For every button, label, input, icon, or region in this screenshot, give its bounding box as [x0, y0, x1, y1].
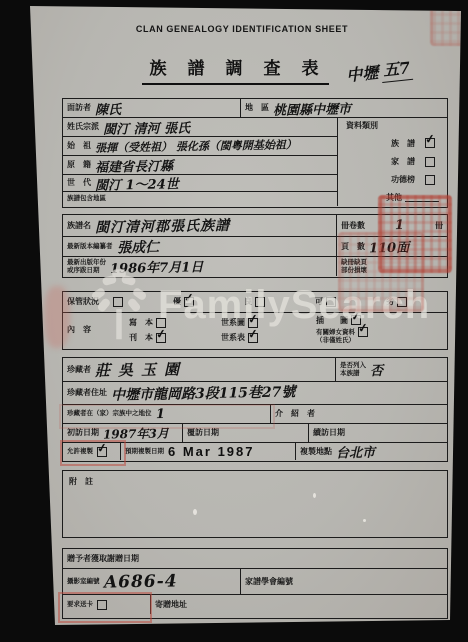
studio-number-cell: 攝影室編號 A686-4 [63, 569, 241, 594]
family-genealogy-checkbox [425, 157, 435, 167]
followup-visit-cell: 續訪日期 [309, 424, 447, 442]
pubdate-label-line2: 或序跋日期 [67, 267, 106, 274]
clan-label: 姓氏宗派 [67, 122, 99, 131]
red-outline-position-row [59, 404, 275, 429]
listed-label-line1: 是否列入 [340, 362, 366, 369]
content-lineage-table: 世系表 [221, 333, 316, 343]
scanned-form-paper: CLAN GENEALOGY IDENTIFICATION SHEET 族 譜 … [0, 0, 468, 642]
listed-value: 否 [370, 360, 383, 379]
content-illustrations: 插 圖 [316, 315, 443, 325]
origin-value: 福建省長汀縣 [95, 155, 173, 175]
generation-label: 世 代 [67, 178, 91, 187]
photo-speck [313, 493, 316, 498]
first-visit-label: 初訪日期 [67, 428, 99, 437]
content-label: 內 容 [67, 325, 129, 334]
collector-cell: 珍藏者 莊吳玉園 [63, 358, 336, 381]
corner-note-code: 五7 [380, 55, 414, 83]
followup-visit-label: 續訪日期 [313, 428, 345, 437]
region-label: 地 區 [245, 103, 269, 112]
society-number-cell: 家譜學會編號 [241, 569, 447, 594]
category-option-family-genealogy: 家 譜 [346, 157, 441, 167]
women-data-checkbox [358, 327, 368, 337]
ancestor-label: 始 祖 [67, 141, 91, 150]
generation-value: 閩汀 1～24世 [95, 173, 179, 193]
generation-cell: 世 代 閩汀 1～24世 [63, 175, 337, 192]
genealogy-name-label: 族譜名 [67, 221, 91, 230]
red-seal-stamp-faint [338, 232, 424, 312]
address-cell: 珍藏者住址 中壢市龍岡路3段115巷27號 [63, 382, 447, 404]
copy-date-label: 預期複製日期 [125, 448, 164, 455]
english-title: CLAN GENEALOGY IDENTIFICATION SHEET [30, 24, 454, 34]
red-outline-card-request [58, 592, 152, 623]
mailing-address-cell: 寄贈地址 [151, 595, 447, 614]
revisit-label: 覆訪日期 [187, 428, 219, 437]
content-women-data: 有關婦女資料 （非僅姓氏） [316, 327, 443, 344]
genealogy-name-cell: 族譜名 閩汀清河郡張氏族譜 [63, 215, 337, 236]
compiler-label: 最新版本編纂者 [67, 243, 113, 250]
excellent-checkbox [184, 297, 194, 307]
pubdate-label-line1: 最新出版年份 [67, 259, 106, 266]
condition-option-fair: 可 [315, 297, 336, 307]
genealogy-name-value: 閩汀清河郡張氏族譜 [95, 214, 230, 236]
condition-option-good: 良 [244, 297, 265, 307]
content-lineage-chart: 世系圖 [221, 318, 316, 328]
address-label: 珍藏者住址 [67, 388, 107, 397]
clan-cell: 姓氏宗派 閩汀 清河 張氏 [63, 118, 337, 137]
coverage-cell: 族譜包含地區 [63, 192, 337, 206]
interviewer-value: 陳氏 [95, 98, 121, 117]
coverage-label: 族譜包含地區 [67, 195, 106, 202]
listed-label-line2: 本族譜 [340, 370, 366, 377]
interviewer-label: 面訪者 [67, 103, 91, 112]
chinese-title-text: 族 譜 調 查 表 [142, 54, 329, 85]
volumes-label: 冊卷數 [341, 221, 365, 230]
donor-date-cell: 贈予者獲取謝贈日期 [63, 549, 447, 568]
region-cell: 地 區 桃園縣中壢市 [241, 99, 447, 117]
copy-place-value: 台北市 [336, 442, 375, 462]
merit-record-checkbox [425, 175, 435, 185]
corner-note-place: 中壢 [345, 60, 379, 86]
good-checkbox [255, 297, 265, 307]
printed-checkbox [156, 333, 166, 343]
notes-label: 附 註 [69, 477, 93, 486]
mailing-address-label: 寄贈地址 [155, 600, 187, 609]
pubdate-value: 1986年7月1日 [110, 256, 204, 277]
notes-box: 附 註 [62, 470, 448, 538]
publication-date-cell: 最新出版年份 或序跋日期 1986年7月1日 [63, 257, 337, 276]
ancestor-value: 張揮（受姓祖） 張化孫（閩粵開基始祖） [95, 136, 297, 156]
data-category-column: 資料類別 族 譜 家 譜 功德榜 其他 [337, 118, 447, 206]
category-title: 資料類別 [346, 121, 441, 130]
chinese-title: 族 譜 調 查 表 [95, 54, 375, 85]
region-value: 桃園縣中壢市 [273, 98, 351, 118]
copy-date-cell: 預期複製日期 6 Mar 1987 [121, 443, 296, 460]
clan-genealogy-checkbox [425, 138, 435, 148]
clan-value: 閩汀 清河 張氏 [103, 117, 190, 138]
condition-option-excellent: 優 [173, 297, 194, 307]
introducer-label: 介 紹 者 [275, 409, 315, 418]
content-row: 內 容 寫 本 刊 本 世系圖 [63, 313, 447, 347]
photo-speck [363, 519, 366, 522]
pink-stamp-remnant [44, 286, 70, 348]
origin-label: 原 籍 [67, 160, 91, 169]
fair-checkbox [326, 297, 336, 307]
interviewer-cell: 面訪者 陳氏 [63, 99, 241, 117]
content-printed: 刊 本 [129, 333, 221, 343]
category-option-clan-genealogy: 族 譜 [346, 138, 441, 148]
survey-identity-table: 面訪者 陳氏 地 區 桃園縣中壢市 姓氏宗派 閩汀 清河 張氏 始 祖 張揮（受… [62, 98, 448, 208]
origin-cell: 原 籍 福建省長汀縣 [63, 156, 337, 175]
studio-number-value: A686-4 [103, 571, 177, 592]
copy-date-stamp: 6 Mar 1987 [168, 444, 255, 459]
red-outline-copy-permission [60, 440, 126, 466]
category-option-label: 家 譜 [391, 157, 415, 166]
introducer-cell: 介 紹 者 [271, 405, 447, 423]
category-option-label: 族 譜 [391, 139, 415, 148]
lineage-table-checkbox [248, 333, 258, 343]
content-manuscript: 寫 本 [129, 318, 221, 328]
category-option-merit-record: 功德榜 [346, 175, 441, 185]
society-number-label: 家譜學會編號 [245, 577, 293, 586]
handwritten-corner-note: 中壢 五7 [345, 55, 413, 86]
studio-number-label: 攝影室編號 [67, 578, 100, 585]
copy-place-cell: 複製地點 台北市 [296, 443, 447, 460]
condition-label: 保管狀況 [67, 297, 99, 306]
collector-label: 珍藏者 [67, 365, 91, 374]
notes-cell: 附 註 [63, 471, 447, 537]
copy-place-label: 複製地點 [300, 447, 332, 456]
photo-speck [193, 509, 197, 515]
compiler-value: 張成仁 [116, 236, 158, 257]
compiler-cell: 最新版本編纂者 張成仁 [63, 237, 337, 256]
address-value: 中壢市龍岡路3段115巷27號 [111, 381, 296, 404]
ancestor-cell: 始 祖 張揮（受姓祖） 張化孫（閩粵開基始祖） [63, 137, 337, 156]
collector-value: 莊吳玉園 [95, 358, 187, 381]
women-data-note: （非僅姓氏） [316, 337, 443, 344]
category-option-label: 功德榜 [391, 175, 415, 184]
listed-cell: 是否列入 本族譜 否 [336, 358, 447, 381]
red-seal-corner [430, 4, 468, 46]
donor-date-label: 贈予者獲取謝贈日期 [67, 554, 139, 563]
condition-extra-checkbox [113, 297, 123, 307]
